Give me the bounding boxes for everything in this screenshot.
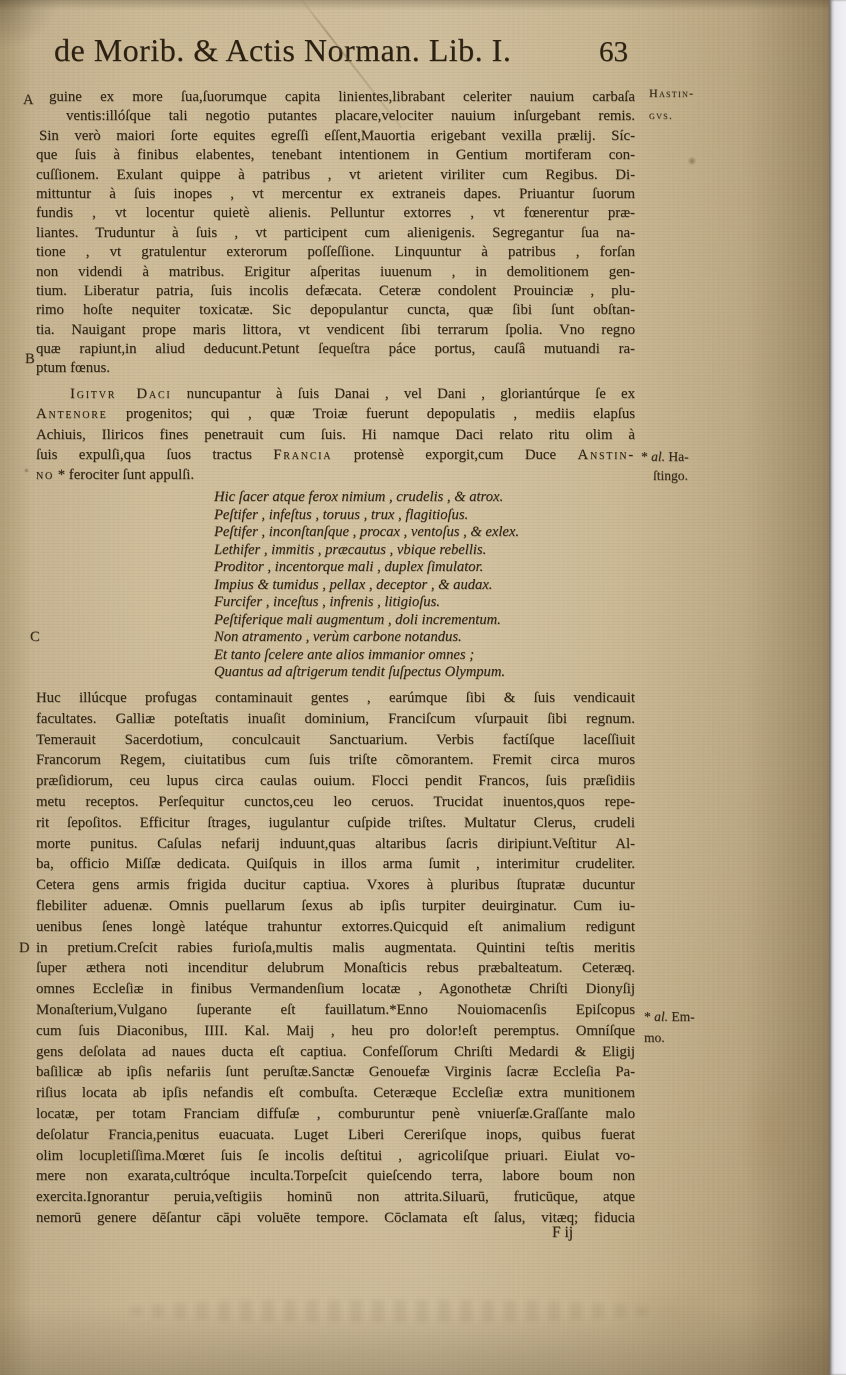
text-line: Peſtiferique mali augmentum , doli incre… (214, 612, 644, 630)
text-line: gens deſolata ad naues ducta eſt captiua… (36, 1042, 635, 1063)
text-line: Huc illúcque profugas contaminauit gente… (36, 688, 635, 709)
text-line: riſius locata ab ipſis nefandis eſt comb… (36, 1083, 635, 1104)
paragraph-3: Huc illúcque profugas contaminauit gente… (36, 688, 635, 1229)
text-line: nemorū genere dēſantur cāpi voluēte temp… (36, 1208, 635, 1229)
text-line: no * ferociter ſunt appulſi. (36, 465, 635, 485)
signature-mark: F ij (552, 1224, 573, 1242)
text-line: mittuntur à ſuis inopes , vt mercentur e… (36, 185, 635, 204)
text-line: baſilicæ ab ipſis nefariis ſunt peruſtæ.… (36, 1062, 635, 1083)
paragraph-2: Igitvr Daci nuncupantur à ſuis Danai , v… (36, 384, 635, 485)
text-line: Et tanto ſcelere ante alios immanior omn… (214, 647, 644, 665)
verse-block: Hic ſacer atque ferox nimium , crudelis … (214, 489, 644, 682)
text-line: Sin verò maiori ſorte equites egreſſi eſ… (36, 127, 635, 146)
text-line: Peſtifer , infeſtus , toruus , trux , fl… (214, 507, 644, 525)
margin-note-hastingus: Hastin-gvs. (649, 82, 694, 126)
text-line: cum ſuis Diaconibus, IIII. Kal. Maij , h… (36, 1021, 635, 1042)
margin-letter-b: B (25, 351, 35, 368)
text-line: que ſuis à finibus elabentes, tenebant i… (36, 146, 635, 165)
text-line: Antenore progenitos; qui , quæ Troiæ fue… (36, 404, 635, 424)
page-number: 63 (599, 36, 628, 69)
margin-letter-d: D (19, 940, 29, 957)
text-line: Impius & tumidus , pellax , deceptor , &… (214, 577, 644, 595)
text-line: cuſſionem. Exulant quippe à patribus , v… (36, 166, 635, 185)
text-line: Achiuis, Iliricos fines penetrauit cum ſ… (36, 425, 635, 445)
text-line: mo. (644, 1027, 695, 1048)
text-line: Francorum Regem, ciuitatibus cum ſuis tr… (36, 750, 635, 771)
text-line: Hastin- (649, 82, 694, 104)
margin-note-al-emmo: * al. Em-mo. (644, 1006, 695, 1048)
running-header: de Morib. & Actis Norman. Lib. I. (54, 32, 511, 69)
ink-spot (24, 468, 29, 473)
text-line: in pretium.Creſcit rabies furioſa,multis… (36, 938, 635, 959)
text-line: tione , vt gratulentur exterorum poſſeſſ… (36, 243, 635, 262)
text-line: metu receptos. Perſequitur cunctos,ceu l… (36, 792, 635, 813)
text-line: tium. Liberatur patria, ſuis incolis def… (36, 282, 635, 301)
text-line: Non atramento , verùm carbone notandus. (214, 629, 644, 647)
text-line: rimo hoſte nequiter toxicatæ. Sic depopu… (36, 301, 635, 320)
text-line: Lethifer , immitis , præcautus , vbique … (214, 542, 644, 560)
text-line: Temerauit Sacerdotium, conculcauit Sanct… (36, 730, 635, 751)
page-edge-strip (829, 0, 846, 1375)
margin-note-al-hastingo: * al. Ha-ſtingo. (641, 447, 689, 485)
text-line: rit ſepoſitos. Efficitur ſtrages, iugula… (36, 813, 635, 834)
top-shadow (0, 0, 829, 10)
text-line: quæ rapiunt,in aliud deducunt.Petunt ſeq… (36, 340, 635, 359)
text-line: præſidiorum, ceu lupus circa caulas ouiu… (36, 771, 635, 792)
paragraph-1: guine ex more ſua,ſuorumque capita linie… (36, 88, 635, 379)
text-line: Proditor , incentorque mali , duplex ſim… (214, 559, 644, 577)
text-line: ptum fœnus. (36, 359, 635, 378)
text-line: ventis:illóſque tali negotio putantes pl… (36, 107, 635, 126)
text-line: Monaſterium,Vulgano ſuperante eſt fauill… (36, 1000, 635, 1021)
text-line: ſuis expulſi,qua ſuos tractus Francia pr… (36, 445, 635, 465)
margin-letter-c: C (30, 629, 40, 646)
text-line: * al. Ha- (641, 447, 689, 466)
text-line: omnes Eccleſiæ in finibus Vermandenſium … (36, 979, 635, 1000)
text-line: locatæ, per totam Franciam diffuſæ , com… (36, 1104, 635, 1125)
text-line: Hic ſacer atque ferox nimium , crudelis … (214, 489, 644, 507)
ink-spot (688, 156, 696, 166)
text-line: Quantus ad aſtrigerum tendit ſuſpectus O… (214, 664, 644, 682)
text-line: Igitvr Daci nuncupantur à ſuis Danai , v… (36, 384, 635, 404)
text-line: olim locupletiſſima.Mœret ſuis ſe incoli… (36, 1146, 635, 1167)
text-line: gvs. (649, 104, 694, 126)
text-line: non videndi à matribus. Erigitur aſperit… (36, 263, 635, 282)
text-line: deſolatur Francia,penitus euacuata. Luge… (36, 1125, 635, 1146)
text-line: Peſtifer , inconſtanſque , procax , vent… (214, 524, 644, 542)
text-line: guine ex more ſua,ſuorumque capita linie… (36, 88, 635, 107)
text-line: Furcifer , inceſtus , infrenis , litigio… (214, 594, 644, 612)
book-page-scan: de Morib. & Actis Norman. Lib. I. 63 Has… (0, 0, 846, 1375)
paper-stain (735, 1060, 805, 1200)
text-line: flebiliter aduenæ. Omnis puellarum ſexus… (36, 896, 635, 917)
text-line: tia. Nauigant prope maris littora, vt ve… (36, 321, 635, 340)
text-line: ba, officio Miſſæ dedicata. Quiſquis in … (36, 854, 635, 875)
text-line: facultates. Galliæ poteſtatis inuaſit do… (36, 709, 635, 730)
text-line: liantes. Truduntur à ſuis , vt participe… (36, 224, 635, 243)
text-line: ſtingo. (641, 466, 689, 485)
text-line: fundis , vt locentur quietè alienis. Pel… (36, 204, 635, 223)
bottom-shadow (0, 1305, 829, 1375)
text-line: morte punitus. Caſulas nefarij induunt,q… (36, 834, 635, 855)
text-line: ſuper æthera noti incenditur delubrum Mo… (36, 958, 635, 979)
margin-letter-a: A (23, 92, 33, 109)
text-line: * al. Em- (644, 1006, 695, 1027)
text-line: Cetera gens armis frigida ducitur captiu… (36, 875, 635, 896)
text-line: exercita.Ignorantur peruia,veſtigiis hom… (36, 1187, 635, 1208)
text-line: mere non exarata,cultróque inculta.Torpe… (36, 1166, 635, 1187)
text-line: uenibus ſenes longè latéque trahuntur ex… (36, 917, 635, 938)
